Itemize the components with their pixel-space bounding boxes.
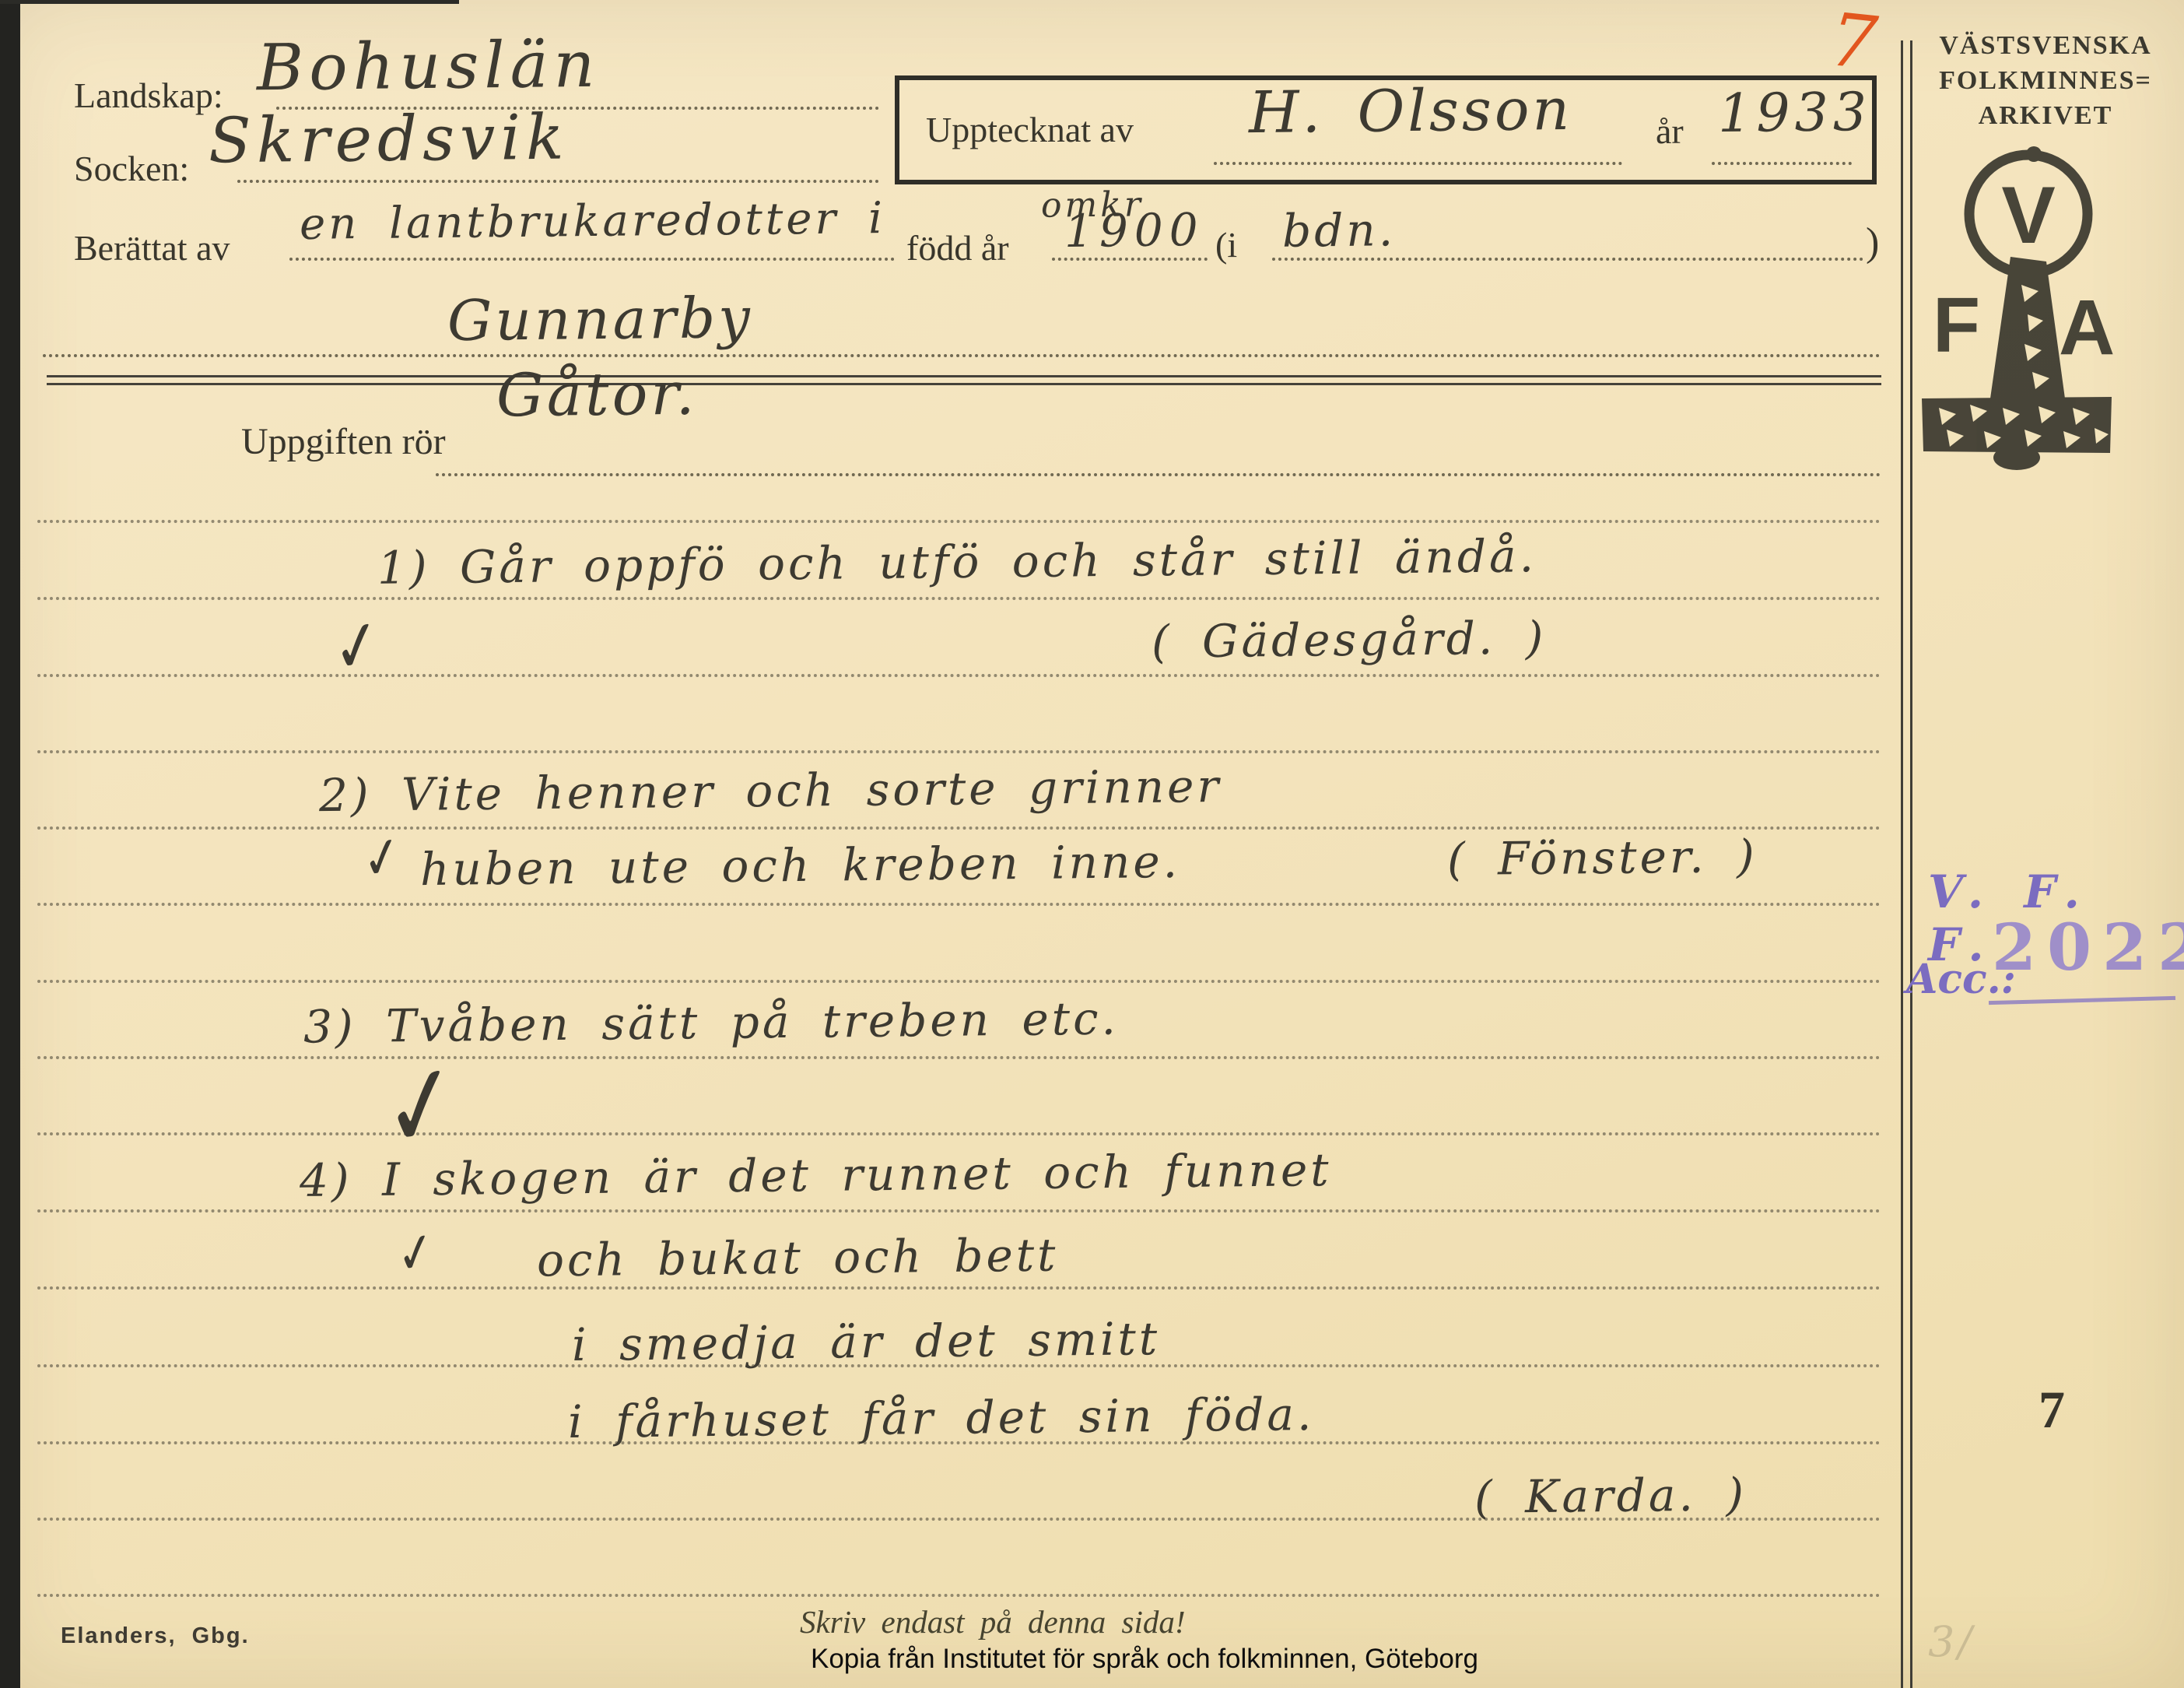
vfa-thors-hammer-logo: V F A [1916,144,2166,479]
ruled-line [37,674,1881,677]
handwritten-answer-1: ( Gädesgård. ) [1152,611,1547,668]
orange-page-number: 7 [1825,0,1884,87]
upptecknat-label: Upptecknat av [926,109,1134,150]
logo-letter-a: A [2059,284,2115,371]
handwritten-riddle-4c: i smedja är det smitt [572,1312,1161,1371]
subject-dotted-line [436,473,1881,476]
handwritten-riddle-2: 2) Vite henner och sorte grinner [319,760,1222,822]
handwritten-riddle-2b: huben ute och kreben inne. [420,835,1181,896]
double-horizontal-rule [47,375,1881,385]
handwritten-riddle-4d: i fårhuset får det sin föda. [568,1388,1315,1448]
handwritten-answer-4: ( Karda. ) [1474,1468,1748,1524]
scan-edge-left [0,0,20,1688]
archive-name-line1: VÄSTSVENSKA [1916,28,2175,63]
ruled-line [37,520,1881,523]
handwritten-berattat-value: en lantbrukaredotter i [300,193,886,250]
ruled-line [37,1594,1881,1597]
faint-pencil-mark: 3/ [1928,1617,1975,1667]
fodd-place-close-paren: ) [1866,219,1879,265]
ruled-line [37,750,1881,753]
field-label-landskap: Landskap: [74,75,223,116]
black-page-number: 7 [2039,1379,2065,1441]
berattat-row2-dotted-line [43,354,1881,357]
checkmark: ✓ [328,602,387,691]
ruled-line [37,597,1881,600]
scanned-archive-card: Landskap: Bohuslän Socken: Skredsvik Ber… [0,0,2184,1688]
handwritten-subject-value: Gåtor. [496,359,698,430]
handwritten-year: 1933 [1718,82,1872,145]
footer-instruction: Skriv endast på denna sida! [800,1603,1185,1641]
recorder-dotted-line [1214,162,1622,165]
handwritten-answer-2: ( Fönster. ) [1447,830,1758,886]
fodd-place-open-paren: (i [1215,224,1237,265]
logo-letter-f: F [1933,282,1980,369]
ruled-line [37,826,1881,830]
scan-edge-top [0,0,459,4]
logo-letter-v: V [2001,170,2055,261]
field-label-berattat-av: Berättat av [74,227,230,268]
fodd-ar-dotted-line [1052,258,1208,261]
ruled-line [37,1286,1881,1290]
ruled-line [37,1209,1881,1212]
archive-name-line2: FOLKMINNES= [1916,63,2175,98]
field-label-fodd-ar: född år [906,227,1009,268]
berattat-dotted-line [289,258,895,261]
printer-imprint: Elanders, Gbg. [61,1623,250,1649]
handwritten-socken-value: Skredsvik [209,101,570,177]
handwritten-landskap-value: Bohuslän [257,28,601,106]
year-dotted-line [1712,162,1852,165]
handwritten-riddle-4: 4) I skogen är det runnet och funnet [300,1143,1332,1207]
checkmark: ✓ [358,822,406,895]
vertical-double-rule [1901,40,1912,1688]
socken-dotted-line [237,180,879,183]
handwritten-recorder-name: H. Olsson [1249,76,1573,146]
handwritten-riddle-1: 1) Går oppfö och utfö och står still änd… [377,529,1537,595]
stamp-acc-number: 2022 [1992,911,2184,985]
ruled-line [37,1056,1881,1059]
ar-label: år [1656,111,1684,152]
fodd-place-dotted-line [1272,258,1863,261]
handwritten-riddle-4b: och bukat och bett [537,1228,1059,1286]
field-label-socken: Socken: [74,148,189,189]
archive-name-line3: ARKIVET [1916,98,2175,133]
digitization-caption: Kopia från Institutet för språk och folk… [811,1644,1478,1675]
stamp-underline [1989,996,2175,1005]
ruled-line [37,1132,1881,1135]
ruled-line [37,903,1881,906]
archive-name: VÄSTSVENSKA FOLKMINNES= ARKIVET [1916,28,2175,133]
field-label-uppgiften-ror: Uppgiften rör [241,420,446,463]
handwritten-berattat-value-line2: Gunnarby [447,285,754,353]
handwritten-fodd-place: bdn. [1282,203,1397,258]
handwritten-fodd-year: 1900 [1064,203,1204,258]
checkmark: ✓ [392,1218,439,1289]
ruled-line [37,980,1881,983]
